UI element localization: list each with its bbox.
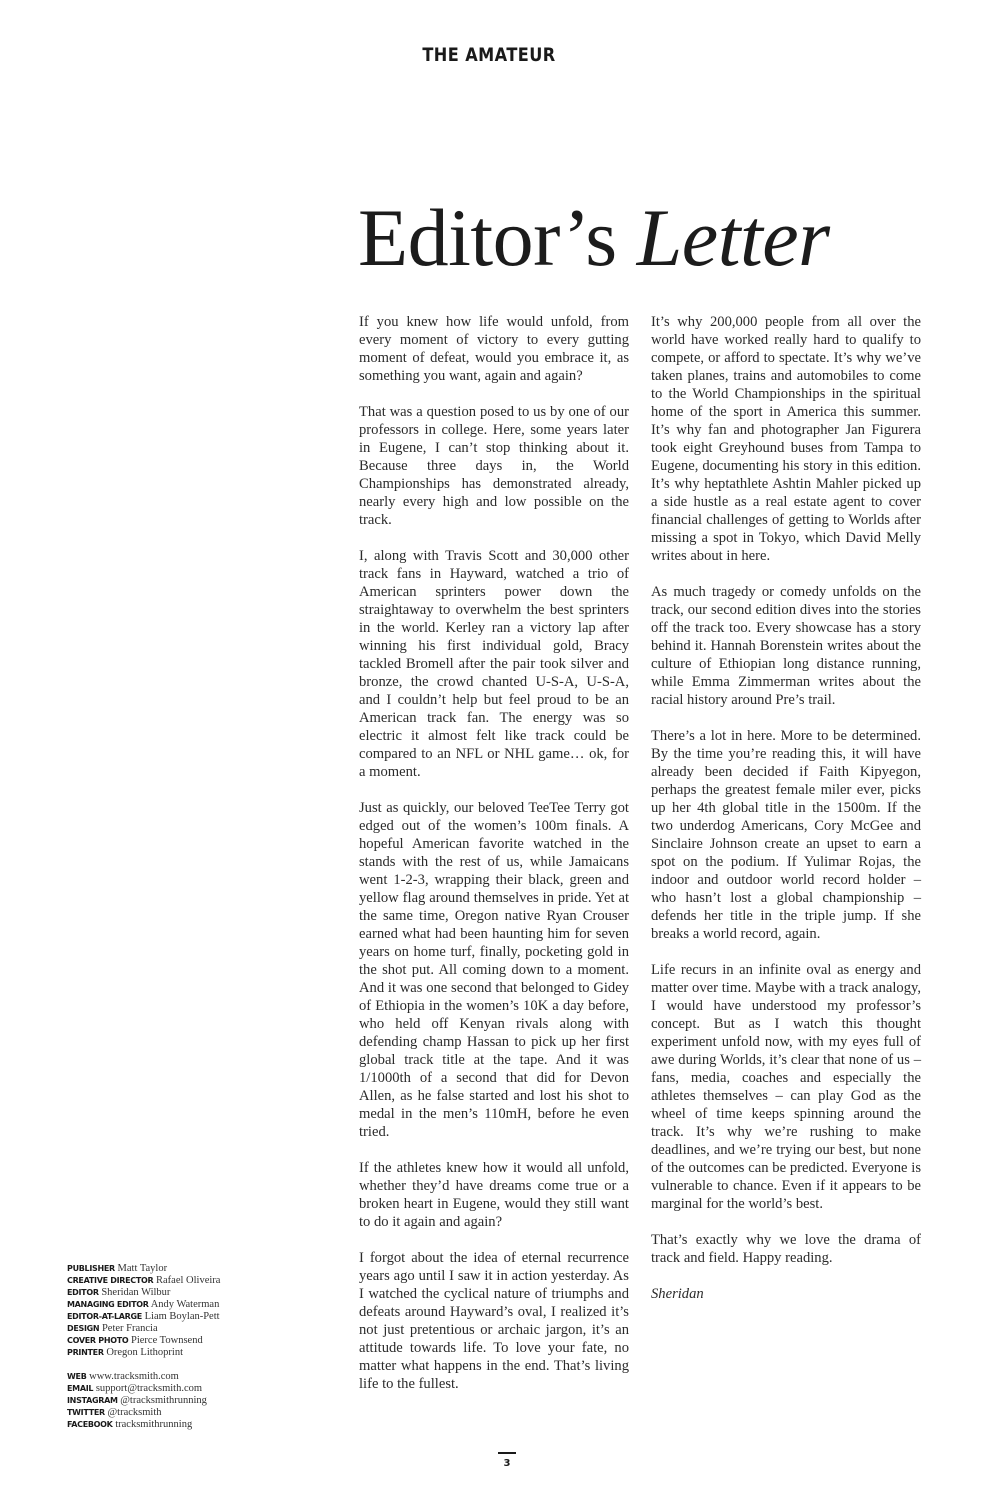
title-regular: Editor’s bbox=[358, 192, 637, 283]
contact-row: FACEBOOK tracksmithrunning bbox=[67, 1419, 307, 1431]
credit-label: COVER PHOTO bbox=[67, 1336, 128, 1345]
credit-row: CREATIVE DIRECTOR Rafael Oliveira bbox=[67, 1275, 307, 1287]
paragraph: Just as quickly, our beloved TeeTee Terr… bbox=[359, 799, 629, 1141]
page-title: Editor’s Letter bbox=[358, 190, 830, 286]
page-number-value: 3 bbox=[504, 1458, 511, 1469]
paragraph: It’s why 200,000 people from all over th… bbox=[651, 313, 921, 565]
contact-instagram-link[interactable]: @tracksmithrunning bbox=[120, 1395, 207, 1406]
contact-facebook-link[interactable]: tracksmithrunning bbox=[115, 1419, 192, 1430]
credit-value: Andy Waterman bbox=[151, 1299, 220, 1310]
credit-row: EDITOR-AT-LARGE Liam Boylan-Pett bbox=[67, 1311, 307, 1323]
paragraph: I forgot about the idea of eternal recur… bbox=[359, 1249, 629, 1393]
contact-twitter-link[interactable]: @tracksmith bbox=[108, 1407, 162, 1418]
credit-value: Matt Taylor bbox=[118, 1263, 168, 1274]
credit-row: DESIGN Peter Francia bbox=[67, 1323, 307, 1335]
credit-row: PRINTER Oregon Lithoprint bbox=[67, 1347, 307, 1359]
article-column-left: If you knew how life would unfold, from … bbox=[359, 313, 629, 1411]
credit-row: PUBLISHER Matt Taylor bbox=[67, 1263, 307, 1275]
title-italic: Letter bbox=[637, 192, 830, 283]
paragraph: If the athletes knew how it would all un… bbox=[359, 1159, 629, 1231]
credit-label: MANAGING EDITOR bbox=[67, 1300, 149, 1309]
contact-web-link[interactable]: www.tracksmith.com bbox=[89, 1371, 179, 1382]
page-number: 3 bbox=[498, 1452, 516, 1469]
credit-row: MANAGING EDITOR Andy Waterman bbox=[67, 1299, 307, 1311]
page-number-rule bbox=[498, 1452, 516, 1454]
credit-value: Rafael Oliveira bbox=[156, 1275, 220, 1286]
credit-label: EDITOR-AT-LARGE bbox=[67, 1312, 142, 1321]
credit-value: Peter Francia bbox=[102, 1323, 158, 1334]
contact-email-link[interactable]: support@tracksmith.com bbox=[96, 1383, 202, 1394]
contact-label: WEB bbox=[67, 1372, 87, 1381]
article-column-right: It’s why 200,000 people from all over th… bbox=[651, 313, 921, 1321]
contact-label: INSTAGRAM bbox=[67, 1396, 118, 1405]
contact-row: EMAIL support@tracksmith.com bbox=[67, 1383, 307, 1395]
credit-label: DESIGN bbox=[67, 1324, 99, 1333]
paragraph: Life recurs in an infinite oval as energ… bbox=[651, 961, 921, 1213]
contact-label: FACEBOOK bbox=[67, 1420, 113, 1429]
paragraph: That’s exactly why we love the drama of … bbox=[651, 1231, 921, 1267]
credit-label: PRINTER bbox=[67, 1348, 104, 1357]
paragraph: I, along with Travis Scott and 30,000 ot… bbox=[359, 547, 629, 781]
credit-value: Liam Boylan-Pett bbox=[145, 1311, 220, 1322]
credit-row: COVER PHOTO Pierce Townsend bbox=[67, 1335, 307, 1347]
contact-row: WEB www.tracksmith.com bbox=[67, 1371, 307, 1383]
credit-label: EDITOR bbox=[67, 1288, 99, 1297]
masthead-credits: PUBLISHER Matt Taylor CREATIVE DIRECTOR … bbox=[67, 1263, 307, 1431]
credit-value: Pierce Townsend bbox=[131, 1335, 203, 1346]
credit-row: EDITOR Sheridan Wilbur bbox=[67, 1287, 307, 1299]
credit-value: Oregon Lithoprint bbox=[106, 1347, 183, 1358]
paragraph: As much tragedy or comedy unfolds on the… bbox=[651, 583, 921, 709]
contact-label: EMAIL bbox=[67, 1384, 93, 1393]
credit-label: CREATIVE DIRECTOR bbox=[67, 1276, 153, 1285]
contact-label: TWITTER bbox=[67, 1408, 105, 1417]
contact-row: INSTAGRAM @tracksmithrunning bbox=[67, 1395, 307, 1407]
paragraph: There’s a lot in here. More to be determ… bbox=[651, 727, 921, 943]
paragraph: That was a question posed to us by one o… bbox=[359, 403, 629, 529]
credit-label: PUBLISHER bbox=[67, 1264, 115, 1273]
contact-row: TWITTER @tracksmith bbox=[67, 1407, 307, 1419]
credit-value: Sheridan Wilbur bbox=[101, 1287, 170, 1298]
publication-masthead: THE AMATEUR bbox=[73, 44, 904, 66]
signature: Sheridan bbox=[651, 1285, 921, 1303]
paragraph: If you knew how life would unfold, from … bbox=[359, 313, 629, 385]
spacer bbox=[67, 1359, 307, 1371]
